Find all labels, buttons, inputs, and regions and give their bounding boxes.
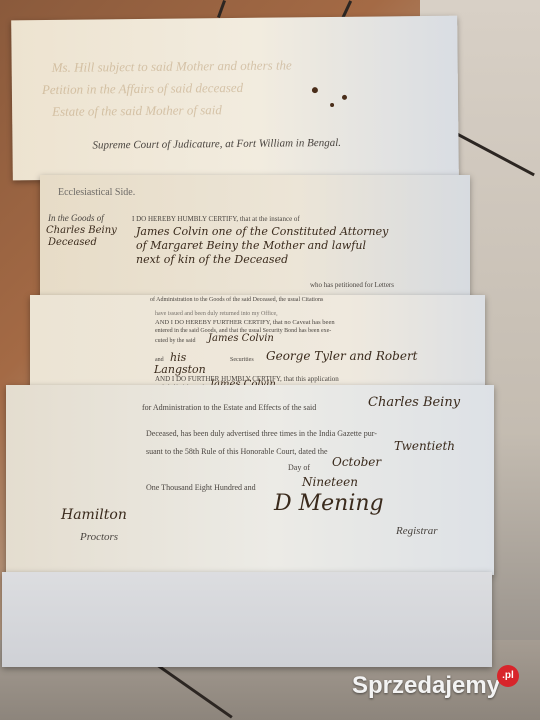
sureties-handwritten: George Tyler and Robert (266, 349, 418, 363)
ink-stain (330, 103, 334, 107)
rule-line: suant to the 58th Rule of this Honorable… (146, 447, 328, 456)
deceased-label-handwritten: Deceased (48, 237, 97, 248)
tile-grout (217, 0, 226, 18)
advertised-line: Deceased, has been duly advertised three… (146, 429, 377, 438)
ink-stain (312, 87, 318, 93)
executed-by-label: cuted by the said (155, 338, 196, 344)
year-line: One Thousand Eight Hundred and (146, 483, 256, 492)
day-of-label: Day of (288, 463, 310, 472)
admin-name-handwritten: Charles Beiny (368, 395, 460, 410)
document-bottom-section: for Administration to the Estate and Eff… (6, 385, 494, 575)
executor-name-handwritten: James Colvin (208, 333, 274, 344)
document-top-fold: Ms. Hill subject to said Mother and othe… (11, 16, 459, 181)
registrar-signature: D Mening (274, 491, 384, 516)
watermark-badge: .pl (497, 665, 519, 687)
deceased-name-handwritten: Charles Beiny (46, 225, 117, 236)
goods-of-label: In the Goods of (48, 213, 104, 223)
document-middle-fold-2: of Administration to the Goods of the sa… (30, 295, 485, 390)
bleed-through-text: Estate of the said Mother of said (52, 102, 222, 120)
petition-line: who has petitioned for Letters (310, 281, 394, 289)
proctor-signature: Hamilton (61, 507, 127, 523)
proctor-label: Proctors (80, 531, 118, 543)
certify-line-1: I DO HEREBY HUMBLY CERTIFY, that at the … (132, 215, 300, 223)
document-middle-fold: Ecclesiastical Side. In the Goods of Cha… (40, 175, 470, 300)
applicant-handwritten-3: next of kin of the Deceased (136, 253, 288, 266)
admin-line: for Administration to the Estate and Eff… (142, 403, 316, 412)
day-handwritten: Twentieth (394, 439, 455, 453)
ink-stain (342, 95, 347, 100)
side-heading: Ecclesiastical Side. (58, 187, 135, 198)
bleed-through-text: Petition in the Affairs of said deceased (42, 80, 243, 98)
applicant-handwritten-1: James Colvin one of the Constituted Atto… (136, 225, 388, 238)
further-certify-line: AND I DO HEREBY FURTHER CERTIFY, that no… (155, 319, 335, 326)
month-handwritten: October (332, 455, 381, 469)
watermark-text: Sprzedajemy (352, 672, 500, 700)
document-back-fold (2, 572, 492, 667)
registrar-label: Registrar (396, 525, 438, 537)
year-handwritten: Nineteen (302, 475, 358, 489)
court-heading: Supreme Court of Judicature, at Fort Wil… (92, 137, 341, 152)
citation-line: of Administration to the Goods of the sa… (150, 297, 323, 303)
citation-line-2: have issued and been duly returned into … (155, 311, 278, 317)
applicant-handwritten-2: of Margaret Beiny the Mother and lawful (136, 239, 366, 252)
bleed-through-text: Ms. Hill subject to said Mother and othe… (52, 57, 292, 76)
sureties-label: Securities (230, 357, 254, 363)
